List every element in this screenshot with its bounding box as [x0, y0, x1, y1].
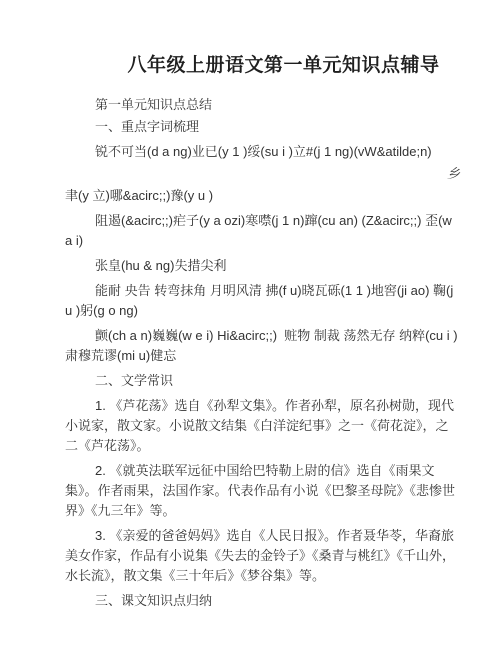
vocab-line-3: 阻遏(&acirc;;)疟子(y a ozi)寒噤(j 1 n)蹿(cu an)…: [65, 211, 460, 251]
vocab-line-2: 聿(y 立)哪&acirc;;)豫(y u ): [65, 186, 460, 206]
stray-character-line: 乡: [65, 164, 460, 184]
literary-item-3: 3. 《亲爱的爸爸妈妈》选自《人民日报》。作者聂华苓，华裔旅美女作家，作品有小说…: [65, 526, 460, 586]
document-page: 八年级上册语文第一单元知识点辅导 第一单元知识点总结 一、重点字词梳理 锐不可当…: [0, 0, 500, 647]
section-heading-unit-summary: 第一单元知识点总结: [65, 95, 460, 115]
literary-item-2: 2. 《就英法联军远征中国给巴特勒上尉的信》选自《雨果文集》。作者雨果，法国作家…: [65, 461, 460, 521]
vocab-line-1: 锐不可当(d a ng)业已(y 1 )绥(su i )立#(j 1 ng)(v…: [65, 142, 460, 162]
section-heading-key-words: 一、重点字词梳理: [65, 117, 460, 137]
section-heading-text-knowledge: 三、课文知识点归纳: [65, 591, 460, 611]
vocab-line-6: 颤(ch a n)巍巍(w e i) Hi&acirc;;) 赃物 制裁 荡然无…: [65, 326, 460, 366]
literary-item-1: 1. 《芦花荡》选自《孙犁文集》。作者孙犁，原名孙树勋，现代小说家，散文家。小说…: [65, 396, 460, 456]
document-title: 八年级上册语文第一单元知识点辅导: [107, 50, 460, 77]
document-body: 第一单元知识点总结 一、重点字词梳理 锐不可当(d a ng)业已(y 1 )绥…: [65, 95, 460, 611]
vocab-line-5: 能耐 央告 转弯抹角 月明风清 拂(f u)晓瓦砾(1 1 )地窖(ji ao)…: [65, 281, 460, 321]
section-heading-literary-knowledge: 二、文学常识: [65, 371, 460, 391]
vocab-line-4: 张皇(hu & ng)失措尖利: [65, 256, 460, 276]
